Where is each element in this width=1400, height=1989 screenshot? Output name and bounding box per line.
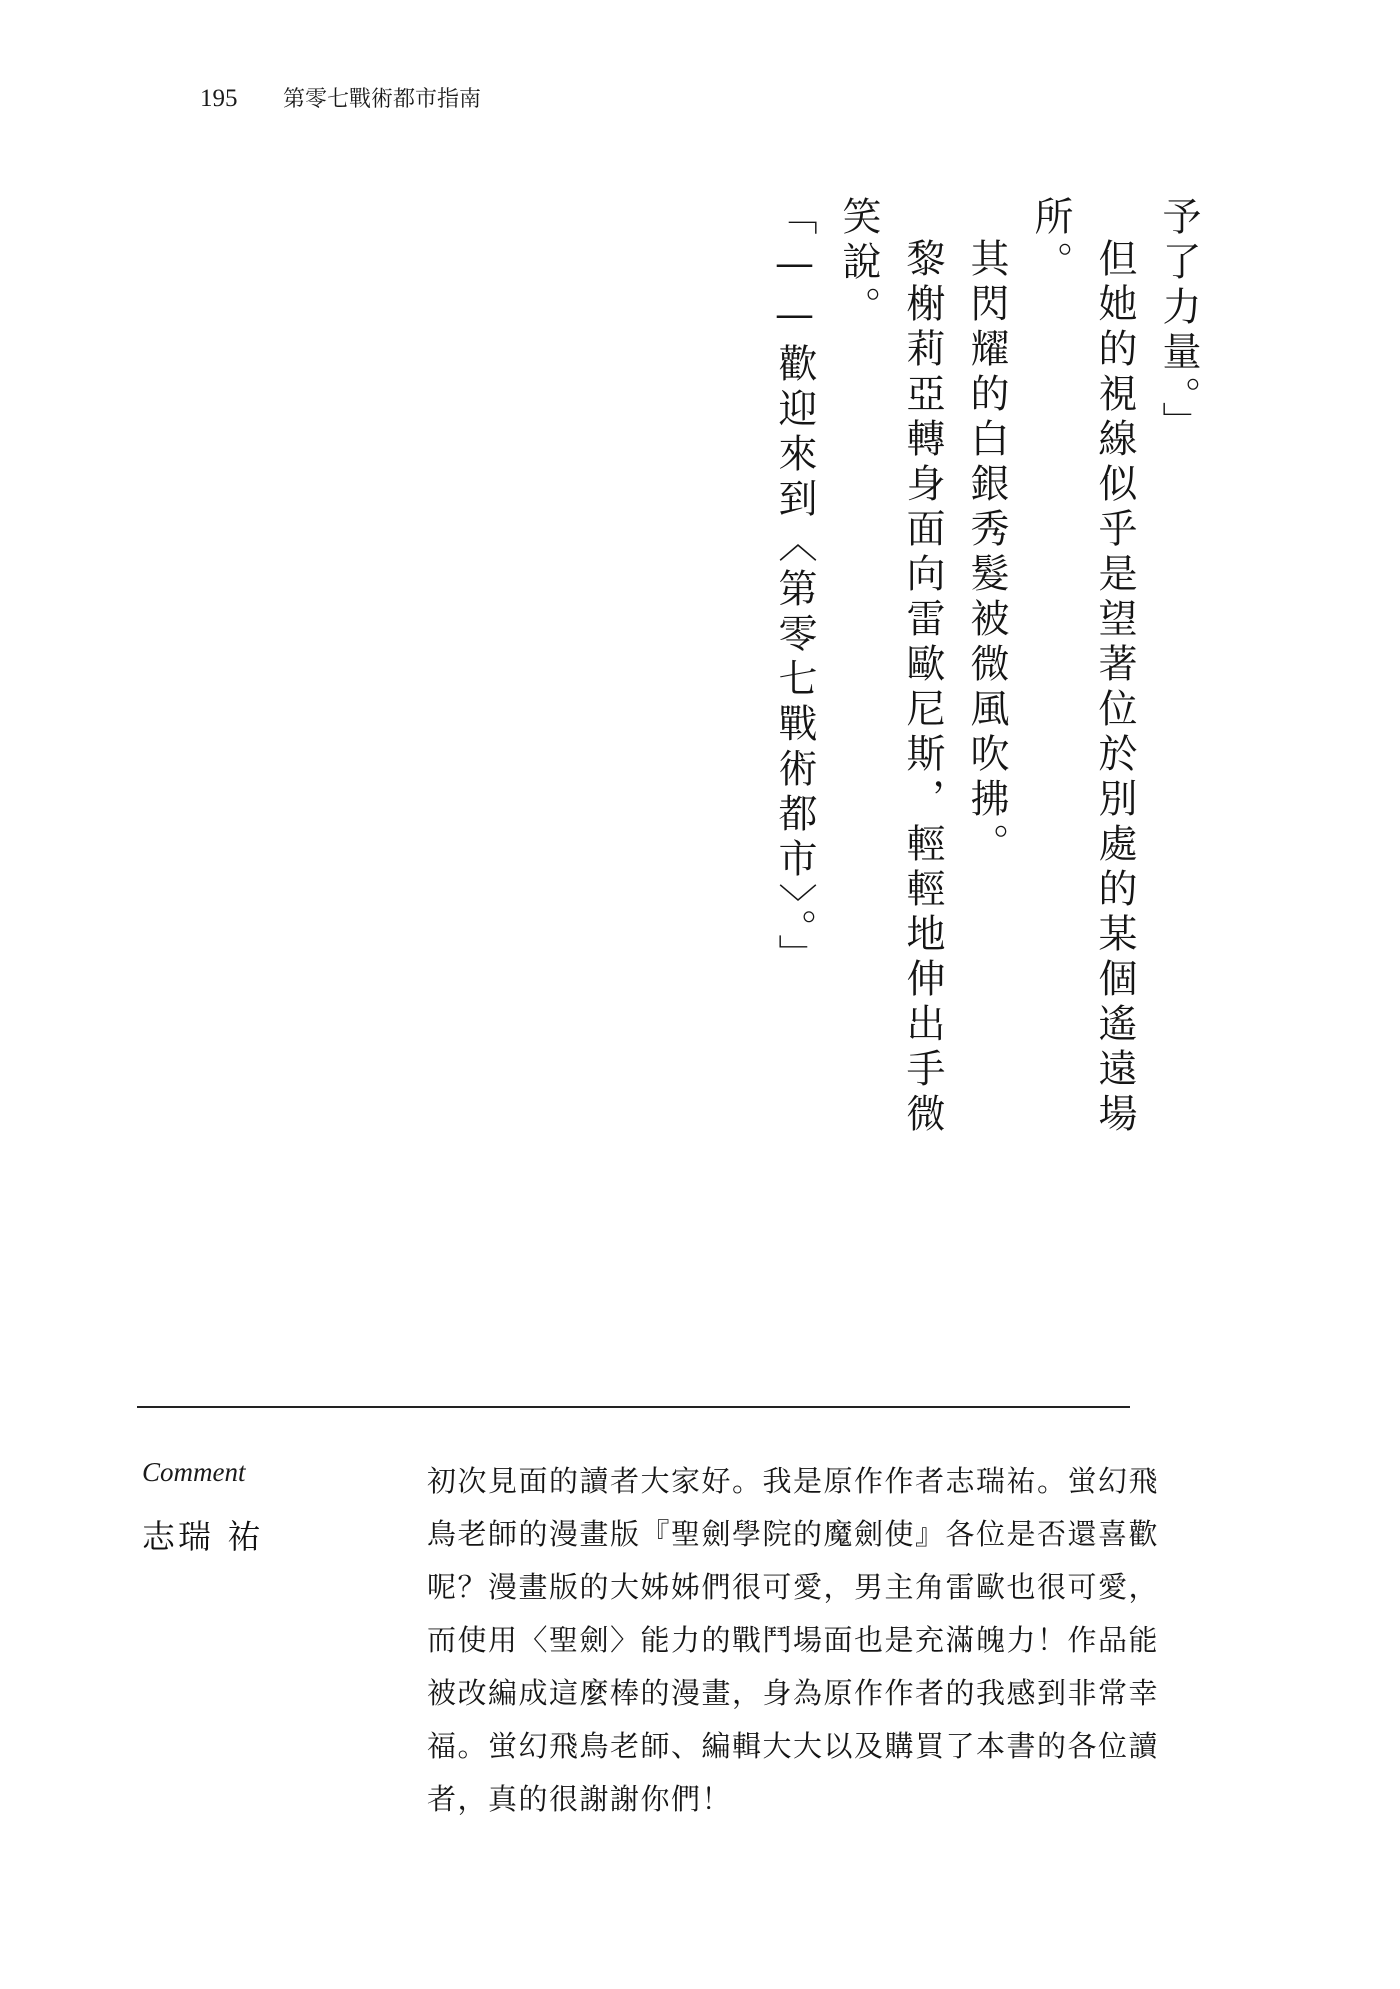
- text-column: 笑說。: [826, 196, 890, 986]
- text-column: 所。: [1018, 196, 1082, 986]
- text-column: 予了力量。」: [1146, 196, 1210, 986]
- comment-line: 福。蛍幻飛鳥老師、編輯大大以及購買了本書的各位讀: [427, 1720, 1127, 1773]
- text-column: 但她的視線似乎是望著位於別處的某個遙遠場: [1082, 196, 1146, 986]
- running-title: 第零七戰術都市指南: [283, 82, 481, 113]
- comment-text: 初次見面的讀者大家好。我是原作作者志瑞祐。蛍幻飛 鳥老師的漫畫版『聖劍學院的魔劍…: [427, 1455, 1127, 1826]
- section-divider: [137, 1406, 1130, 1408]
- comment-label: Comment: [142, 1457, 246, 1488]
- text-column: 黎榭莉亞轉身面向雷歐尼斯，輕輕地伸出手微: [890, 196, 954, 986]
- vertical-body-text: 予了力量。」 但她的視線似乎是望著位於別處的某個遙遠場 所。 其閃耀的白銀秀髮被…: [762, 196, 1210, 986]
- text-column: 「——歡迎來到〈第零七戰術都市〉。」: [762, 196, 826, 986]
- text-column: 其閃耀的白銀秀髮被微風吹拂。: [954, 196, 1018, 986]
- comment-line: 呢？漫畫版的大姊姊們很可愛，男主角雷歐也很可愛，: [427, 1561, 1127, 1614]
- comment-line: 鳥老師的漫畫版『聖劍學院的魔劍使』各位是否還喜歡: [427, 1508, 1127, 1561]
- comment-line: 而使用〈聖劍〉能力的戰鬥場面也是充滿魄力！作品能: [427, 1614, 1127, 1667]
- comment-line: 被改編成這麼棒的漫畫，身為原作作者的我感到非常幸: [427, 1667, 1127, 1720]
- page-number: 195: [200, 85, 283, 113]
- running-head: 195 第零七戰術都市指南: [200, 82, 481, 113]
- comment-line: 初次見面的讀者大家好。我是原作作者志瑞祐。蛍幻飛: [427, 1455, 1127, 1508]
- comment-line: 者，真的很謝謝你們！: [427, 1773, 1127, 1826]
- comment-author: 志瑞 祐: [142, 1511, 264, 1558]
